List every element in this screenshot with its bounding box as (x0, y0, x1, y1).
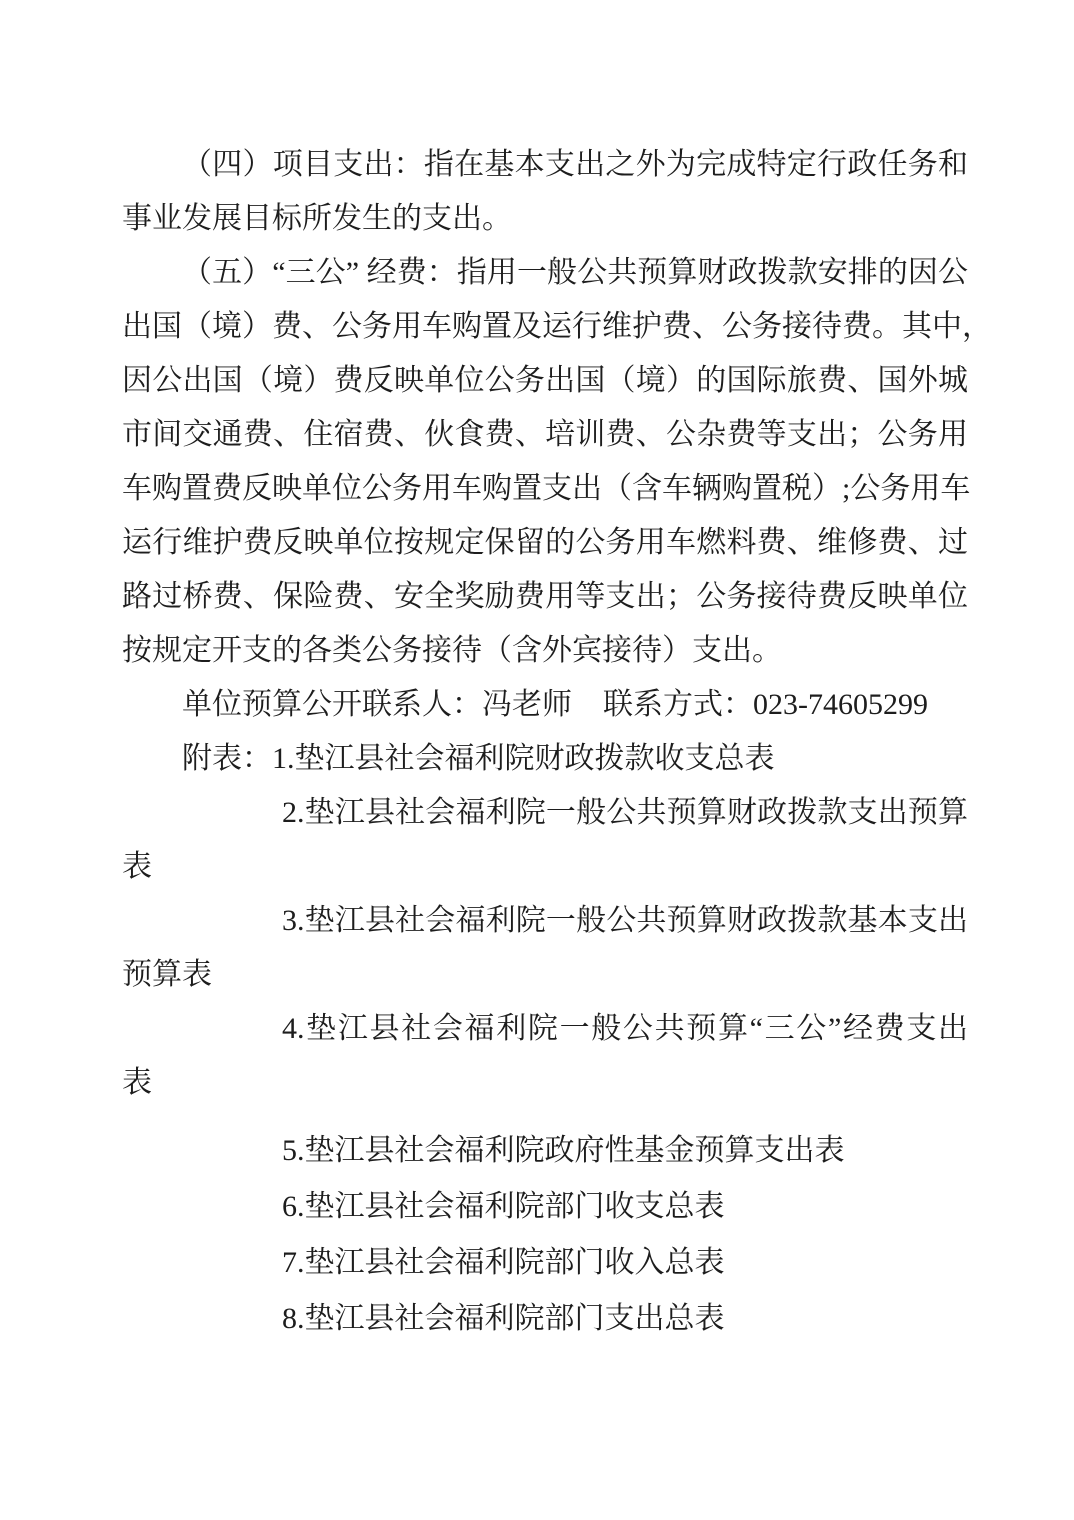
para-three-public-line-4: 市间交通费、住宿费、伙食费、培训费、公杂费等支出；公务用 (122, 408, 968, 462)
document-page: （四）项目支出：指在基本支出之外为完成特定行政任务和 事业发展目标所发生的支出。… (0, 0, 1074, 1520)
attachment-item-1: 1.垫江县社会福利院财政拨款收支总表 (272, 742, 775, 775)
attachment-item-7: 7.垫江县社会福利院部门收入总表 (122, 1235, 968, 1291)
para-three-public-line-8: 按规定开支的各类公务接待（含外宾接待）支出。 (122, 624, 968, 678)
attachments-intro-line: 附表：1.垫江县社会福利院财政拨款收支总表 (122, 732, 968, 786)
para-three-public-line-7: 路过桥费、保险费、安全奖励费用等支出；公务接待费反映单位 (122, 570, 968, 624)
attachments-tail-list: 5.垫江县社会福利院政府性基金预算支出表 6.垫江县社会福利院部门收支总表 7.… (122, 1123, 968, 1347)
attachment-item-4-line-2: 表 (122, 1056, 968, 1110)
attachment-item-5: 5.垫江县社会福利院政府性基金预算支出表 (122, 1123, 968, 1179)
attachment-item-2-line-1: 2.垫江县社会福利院一般公共预算财政拨款支出预算 (122, 786, 968, 840)
para-three-public-line-1: （五）“三公” 经费：指用一般公共预算财政拨款安排的因公 (122, 246, 968, 300)
contact-name: 冯老师 (482, 688, 572, 721)
para-three-public-line-3: 因公出国（境）费反映单位公务出国（境）的国际旅费、国外城 (122, 354, 968, 408)
attachment-item-3-line-2: 预算表 (122, 948, 968, 1002)
attachments-label: 附表： (182, 742, 272, 775)
contact-label: 单位预算公开联系人： (182, 688, 482, 721)
attachment-item-4-line-1: 4.垫江县社会福利院一般公共预算“三公”经费支出 (122, 1002, 968, 1056)
attachment-item-6: 6.垫江县社会福利院部门收支总表 (122, 1179, 968, 1235)
para-three-public-line-5: 车购置费反映单位公务用车购置支出（含车辆购置税）;公务用车 (122, 462, 968, 516)
document-body: （四）项目支出：指在基本支出之外为完成特定行政任务和 事业发展目标所发生的支出。… (122, 138, 968, 1347)
para-three-public-line-2: 出国（境）费、公务用车购置及运行维护费、公务接待费。其中， (122, 300, 968, 354)
attachment-item-3-line-1: 3.垫江县社会福利院一般公共预算财政拨款基本支出 (122, 894, 968, 948)
attachment-item-2-line-2: 表 (122, 840, 968, 894)
contact-line: 单位预算公开联系人：冯老师联系方式：023-74605299 (122, 678, 968, 732)
contact-method-label: 联系方式： (603, 688, 753, 721)
contact-phone: 023-74605299 (753, 688, 928, 721)
para-project-expenditure-line-1: （四）项目支出：指在基本支出之外为完成特定行政任务和 (122, 138, 968, 192)
attachment-item-8: 8.垫江县社会福利院部门支出总表 (122, 1291, 968, 1347)
para-project-expenditure-line-2: 事业发展目标所发生的支出。 (122, 192, 968, 246)
para-three-public-line-6: 运行维护费反映单位按规定保留的公务用车燃料费、维修费、过 (122, 516, 968, 570)
